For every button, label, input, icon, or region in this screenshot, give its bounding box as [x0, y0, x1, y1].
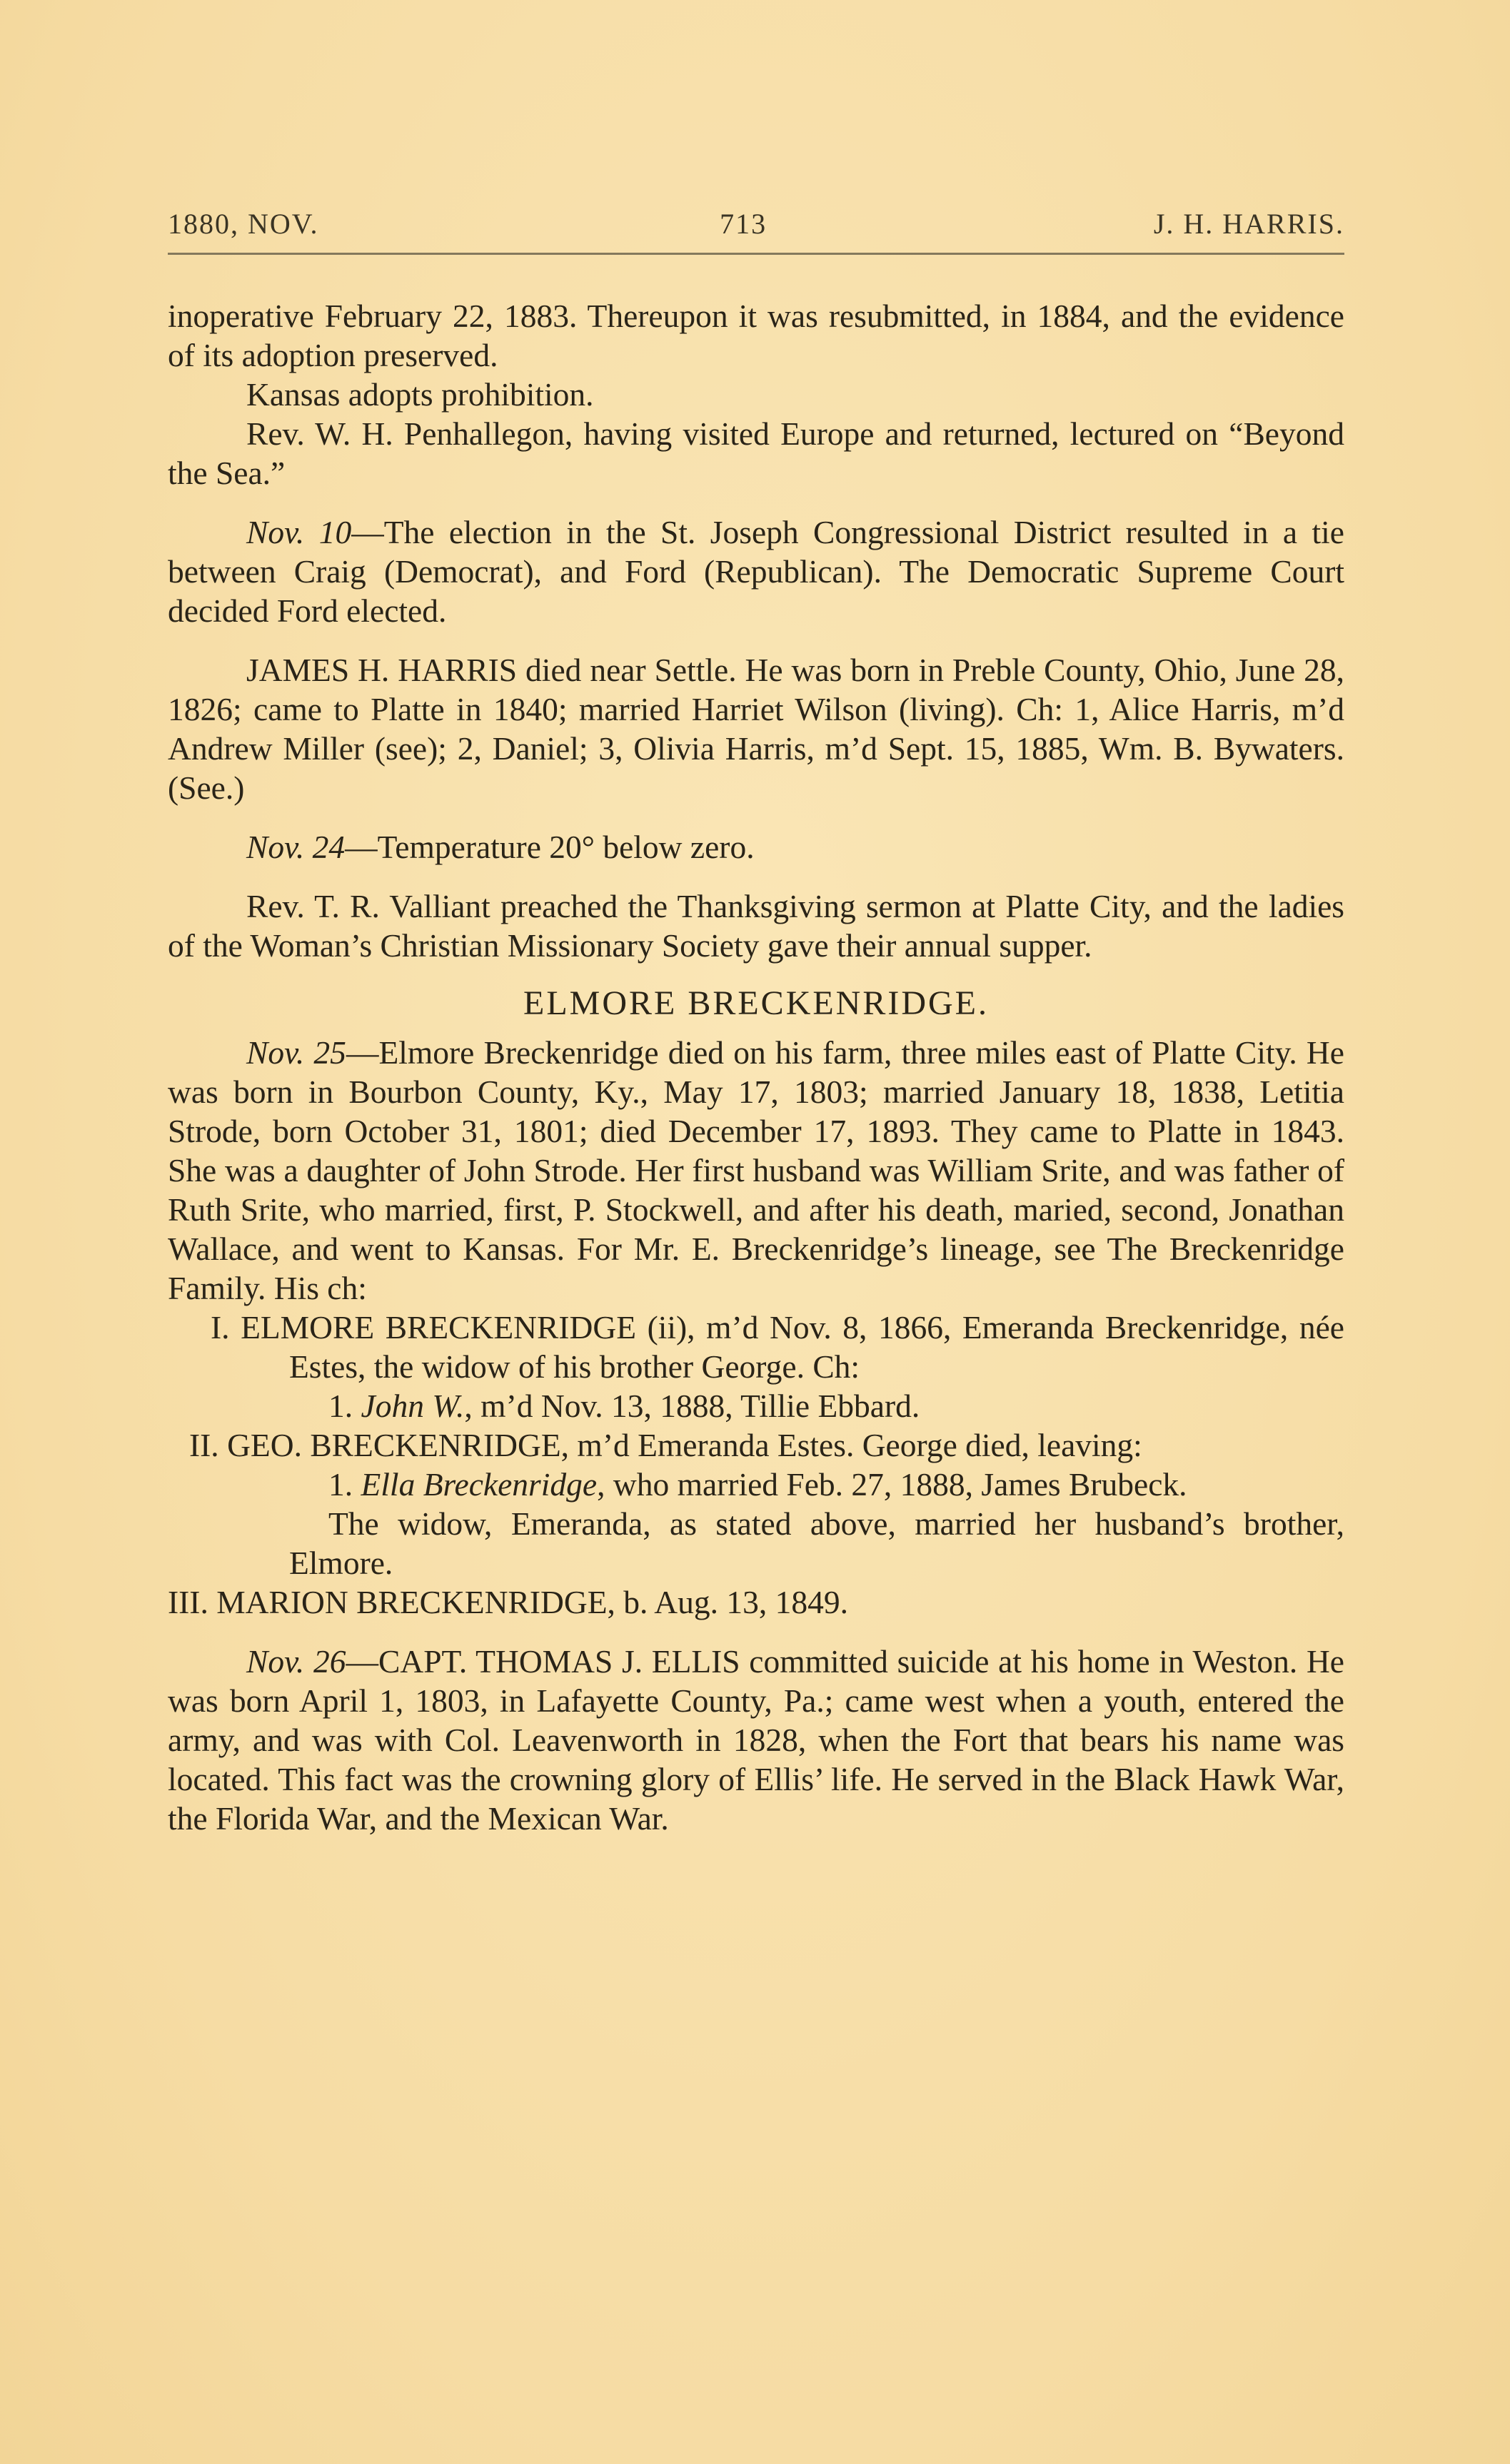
paragraph-valliant: Rev. T. R. Valliant preached the Thanksg…	[168, 887, 1344, 965]
paragraph-nov-24: Nov. 24—Temperature 20° below zero.	[168, 827, 1344, 867]
roman-numeral: III.	[168, 1584, 208, 1620]
paragraph-james-harris: JAMES H. HARRIS died near Settle. He was…	[168, 650, 1344, 807]
running-head-right: J. H. HARRIS.	[1154, 207, 1344, 241]
date-label: Nov. 26	[246, 1643, 346, 1680]
date-label: Nov. 25	[246, 1034, 346, 1071]
widow-note: The widow, Emeranda, as stated above, ma…	[168, 1504, 1344, 1582]
paragraph-text: —Elmore Breckenridge died on his farm, t…	[168, 1034, 1344, 1306]
child-text: GEO. BRECKENRIDGE, m’d Emeranda Estes. G…	[227, 1427, 1142, 1463]
roman-numeral: II.	[189, 1427, 219, 1463]
child-entry-ii: II. GEO. BRECKENRIDGE, m’d Emeranda Este…	[168, 1425, 1344, 1465]
grandchild-entry: 1. John W., m’d Nov. 13, 1888, Tillie Eb…	[168, 1386, 1344, 1425]
paragraph-nov-25: Nov. 25—Elmore Breckenridge died on his …	[168, 1033, 1344, 1308]
grandchild-entry: 1. Ella Breckenridge, who married Feb. 2…	[168, 1465, 1344, 1504]
running-head: 1880, NOV. 713 J. H. HARRIS.	[168, 207, 1344, 244]
paragraph-kansas: Kansas adopts prohibition.	[168, 375, 1344, 414]
date-label: Nov. 24	[246, 829, 345, 865]
paragraph-nov-10: Nov. 10—The election in the St. Joseph C…	[168, 513, 1344, 630]
child-entry-i: I. ELMORE BRECKENRIDGE (ii), m’d Nov. 8,…	[168, 1308, 1344, 1386]
grandchild-text: , m’d Nov. 13, 1888, Tillie Ebbard.	[464, 1388, 920, 1424]
paragraph-nov-26: Nov. 26—CAPT. THOMAS J. ELLIS committed …	[168, 1642, 1344, 1838]
section-title: ELMORE BRECKENRIDGE.	[168, 984, 1344, 1023]
grandchild-text: , who married Feb. 27, 1888, James Brube…	[597, 1466, 1187, 1503]
list-number: 1.	[328, 1466, 353, 1503]
running-head-left: 1880, NOV.	[168, 207, 319, 241]
grandchild-name: Ella Breckenridge	[361, 1466, 598, 1503]
page-body: inoperative February 22, 1883. Thereupon…	[168, 296, 1344, 1838]
child-entry-iii: III. MARION BRECKENRIDGE, b. Aug. 13, 18…	[168, 1582, 1344, 1622]
list-number: 1.	[328, 1388, 353, 1424]
paragraph-text: —Temperature 20° below zero.	[345, 829, 754, 865]
paragraph-continuation: inoperative February 22, 1883. Thereupon…	[168, 296, 1344, 375]
grandchild-name: John W.	[361, 1388, 465, 1424]
date-label: Nov. 10	[246, 514, 351, 550]
page-number: 713	[720, 207, 767, 241]
book-page: 1880, NOV. 713 J. H. HARRIS. inoperative…	[168, 207, 1344, 1838]
paragraph-penhallegon: Rev. W. H. Penhallegon, having visited E…	[168, 414, 1344, 493]
roman-numeral: I.	[211, 1309, 230, 1345]
child-text: ELMORE BRECKENRIDGE (ii), m’d Nov. 8, 18…	[241, 1309, 1344, 1385]
header-rule	[168, 253, 1344, 255]
child-text: MARION BRECKENRIDGE, b. Aug. 13, 1849.	[216, 1584, 848, 1620]
